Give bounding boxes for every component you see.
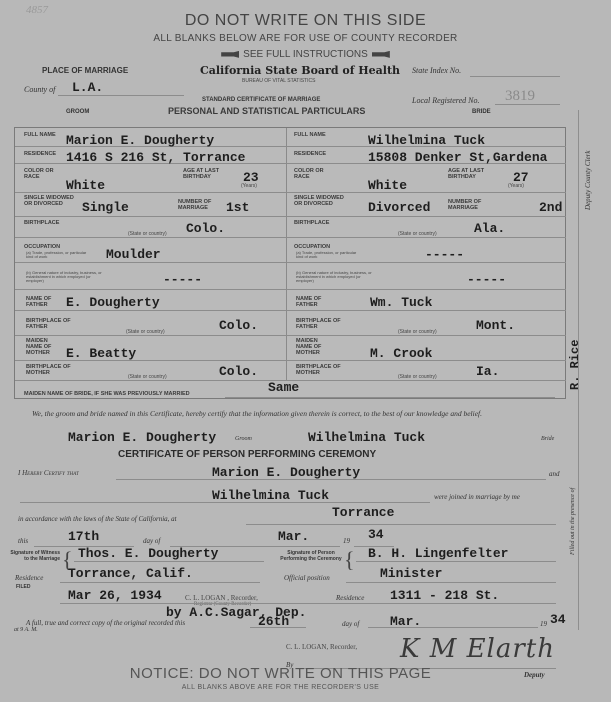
bride-state-or-country: (State or country) [398, 232, 437, 237]
copy-day-of-label: day of [342, 620, 359, 628]
bride-occupation-b-label: (b) General nature of industry, business… [296, 271, 376, 283]
groom-father-birthplace-label: BIRTHPLACE OF FATHER [26, 318, 76, 330]
bride-mother-maiden-label: MAIDEN NAME OF MOTHER [296, 338, 330, 356]
header-title: DO NOT WRITE ON THIS SIDE [0, 12, 611, 30]
groom-occupation-b-label: (b) General nature of industry, business… [26, 271, 106, 283]
ceremony-year: 34 [368, 527, 384, 542]
witness-residence: Torrance, Calif. [68, 566, 193, 581]
copy-month: Mar. [390, 614, 421, 629]
groom-father-name: E. Dougherty [66, 295, 160, 310]
bride-father-birthplace: Mont. [476, 318, 515, 333]
bride-occupation-industry: ----- [467, 272, 506, 287]
state-index-label: State Index No. [412, 66, 461, 75]
groom-full-name-label: FULL NAME [24, 132, 56, 138]
witness-label: Signature of Witness to the Marriage [10, 550, 60, 562]
and-label: and [549, 470, 560, 478]
official-position: Minister [380, 566, 442, 581]
bride-age-label: AGE AT LAST BIRTHDAY [448, 168, 496, 180]
copy-recorder: C. L. LOGAN, Recorder, [286, 643, 357, 651]
deputy-county-clerk-label: Deputy County Clerk [584, 151, 592, 211]
bride-mother-state-or-country: (State or country) [398, 375, 437, 380]
bride-column-label: BRIDE [472, 109, 491, 115]
bride-mother-birthplace-label: BIRTHPLACE OF MOTHER [296, 364, 346, 376]
pointing-hand-icon [372, 51, 390, 58]
groom-age-label: AGE AT LAST BIRTHDAY [183, 168, 231, 180]
bride-father-birthplace-label: BIRTHPLACE OF FATHER [296, 318, 346, 330]
filed-date: Mar 26, 1934 [68, 588, 162, 603]
section-title: PERSONAL AND STATISTICAL PARTICULARS [168, 106, 365, 116]
county-value: L.A. [72, 80, 103, 95]
bride-residence: 15808 Denker St,Gardena [368, 150, 547, 165]
instructions-row: SEE FULL INSTRUCTIONS [0, 49, 611, 60]
bride-years-label: (Years) [508, 184, 524, 189]
groom-father-birthplace: Colo. [219, 318, 258, 333]
groom-number-of-marriage: 1st [226, 200, 249, 215]
groom-color-label: COLOR OR RACE [24, 168, 64, 180]
year-prefix: 19 [343, 537, 350, 545]
groom-marital-label: SINGLE WIDOWED OR DIVORCED [24, 195, 74, 207]
performer-brace: { [344, 550, 355, 570]
presence-name: R. Rice [568, 340, 582, 390]
place-of-marriage-label: PLACE OF MARRIAGE [42, 66, 128, 75]
bride-occupation-a-label: (a) Trade, profession, or particular kin… [296, 251, 364, 259]
board-name: California State Board of Health [200, 64, 400, 77]
bride-signature-label: Bride [541, 436, 554, 442]
groom-occupation-a-label: (a) Trade, profession, or particular kin… [26, 251, 94, 259]
footer-notice: NOTICE: DO NOT WRITE ON THIS PAGE [0, 665, 611, 682]
bride-mother-maiden-name: M. Crook [370, 346, 432, 361]
this-label: this [18, 537, 28, 545]
bride-maiden-name-if-previously-married: Same [268, 380, 299, 395]
day-of-label: day of [143, 537, 160, 545]
bride-maiden-name-label: MAIDEN NAME OF BRIDE, IF SHE WAS PREVIOU… [24, 391, 190, 397]
filled-in-presence-label: Filled out in the presence of [570, 488, 576, 555]
ceremony-party-1: Marion E. Dougherty [212, 465, 360, 480]
official-position-label: Official position [284, 574, 330, 582]
joined-text: were joined in marriage by me [434, 493, 520, 501]
header-subtitle: ALL BLANKS BELOW ARE FOR USE OF COUNTY R… [0, 33, 611, 44]
performer-residence-label: Residence [336, 594, 364, 602]
groom-father-name-label: NAME OF FATHER [26, 296, 60, 308]
recorder-stamp: C. L. LOGAN , Recorder, [185, 594, 258, 602]
groom-years-label: (Years) [241, 184, 257, 189]
groom-signature: Marion E. Dougherty [68, 430, 216, 445]
bride-color-label: COLOR OR RACE [294, 168, 334, 180]
certification-statement: We, the groom and bride named in this Ce… [18, 409, 573, 419]
bride-birthplace: Ala. [474, 221, 505, 236]
ceremony-title: CERTIFICATE OF PERSON PERFORMING CEREMON… [118, 449, 376, 460]
pointing-hand-icon [221, 51, 239, 58]
groom-occupation-trade: Moulder [106, 247, 161, 262]
laws-text: in accordance with the laws of the State… [18, 515, 177, 523]
bride-marital-status: Divorced [368, 200, 430, 215]
local-registered-label: Local Registered No. [412, 96, 479, 105]
bride-father-state-or-country: (State or country) [398, 330, 437, 335]
bride-number-of-marriage: 2nd [539, 200, 562, 215]
ceremony-place: Torrance [332, 505, 394, 520]
bride-marital-label: SINGLE WIDOWED OR DIVORCED [294, 195, 344, 207]
witness-residence-label: Residence [15, 574, 43, 582]
groom-birthplace: Colo. [186, 221, 225, 236]
instructions-text: SEE FULL INSTRUCTIONS [243, 49, 368, 60]
groom-mother-state-or-country: (State or country) [128, 375, 167, 380]
groom-birthplace-label: BIRTHPLACE [24, 220, 59, 226]
performer-label: Signature of Person Performing the Cerem… [278, 550, 344, 562]
bride-birthplace-label: BIRTHPLACE [294, 220, 329, 226]
footer-sub: ALL BLANKS ABOVE ARE FOR THE RECORDER'S … [0, 684, 611, 691]
bride-full-name-label: FULL NAME [294, 132, 326, 138]
copy-year-prefix: 19 [540, 620, 547, 628]
bride-father-name-label: NAME OF FATHER [296, 296, 330, 308]
bride-occupation-trade: ----- [425, 247, 464, 262]
groom-full-name: Marion E. Dougherty [66, 133, 214, 148]
groom-mother-birthplace-label: BIRTHPLACE OF MOTHER [26, 364, 76, 376]
groom-residence-label: RESIDENCE [24, 151, 56, 157]
groom-residence: 1416 S 216 St, Torrance [66, 150, 245, 165]
copy-time: at 9 A. M. [14, 627, 38, 633]
groom-mother-birthplace: Colo. [219, 364, 258, 379]
groom-color: White [66, 178, 105, 193]
standard-certificate-label: STANDARD CERTIFICATE OF MARRIAGE [202, 97, 320, 103]
county-label: County of [24, 85, 55, 94]
bride-full-name: Wilhelmina Tuck [368, 133, 485, 148]
groom-state-or-country: (State or country) [128, 232, 167, 237]
filed-label: FILED [16, 584, 30, 590]
groom-signature-label: Groom [235, 436, 252, 442]
copy-day: 26th [258, 614, 289, 629]
witness-name: Thos. E. Dougherty [78, 546, 218, 561]
groom-occupation-industry: ----- [163, 272, 202, 287]
ceremony-party-2: Wilhelmina Tuck [212, 488, 329, 503]
groom-marital-status: Single [82, 200, 129, 215]
bride-color: White [368, 178, 407, 193]
ceremony-day: 17th [68, 529, 99, 544]
groom-mother-maiden-label: MAIDEN NAME OF MOTHER [26, 338, 60, 356]
groom-mother-maiden-name: E. Beatty [66, 346, 136, 361]
performer-residence: 1311 - 218 St. [390, 588, 499, 603]
performer-name: B. H. Lingenfelter [368, 546, 508, 561]
local-registered-value: 3819 [505, 88, 535, 105]
copy-year: 34 [550, 612, 566, 627]
deputy-signature: K M Elarth [400, 634, 555, 664]
groom-number-marriage-label: NUMBER OF MARRIAGE [178, 199, 223, 211]
groom-father-state-or-country: (State or country) [126, 330, 165, 335]
ceremony-month: Mar. [278, 529, 309, 544]
groom-column-label: GROOM [66, 109, 89, 115]
copy-text: A full, true and correct copy of the ori… [26, 619, 185, 627]
bride-mother-birthplace: Ia. [476, 364, 499, 379]
bride-father-name: Wm. Tuck [370, 295, 432, 310]
hereby-certify-label: I Hereby Certify that [18, 469, 79, 477]
marriage-certificate: 4857 DO NOT WRITE ON THIS SIDE ALL BLANK… [0, 0, 611, 702]
bride-signature: Wilhelmina Tuck [308, 430, 425, 445]
bride-residence-label: RESIDENCE [294, 151, 326, 157]
bride-number-marriage-label: NUMBER OF MARRIAGE [448, 199, 493, 211]
bureau-name: BUREAU OF VITAL STATISTICS [242, 79, 315, 84]
